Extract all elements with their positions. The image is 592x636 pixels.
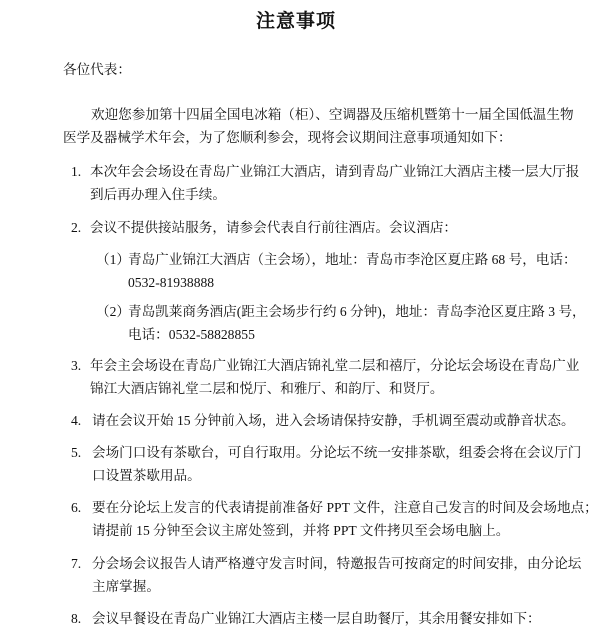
item-3-line-2: 锦江大酒店锦礼堂二层和悦厅、和雅厅、和韵厅、和贤厅。 (90, 380, 443, 398)
intro-line-2: 医学及器械学术年会，为了您顺利参会，现将会议期间注意事项通知如下： (63, 129, 512, 147)
item-number: 3. (71, 357, 81, 375)
item-number: 4. (71, 412, 81, 430)
hotel-2-line-1: 青岛凯莱商务酒店(距主会场步行约 6 分钟)，地址：青岛李沧区夏庄路 3 号， (128, 303, 586, 321)
item-number: 6. (71, 499, 81, 517)
intro-line-1: 欢迎您参加第十四届全国电冰箱（柜）、空调器及压缩机暨第十一届全国低温生物 (91, 106, 574, 124)
hotel-2-line-2: 电话：0532-58828855 (128, 326, 255, 344)
item-6-line-1: 要在分论坛上发言的代表请提前准备好 PPT 文件，注意自己发言的时间及会场地点； (92, 499, 592, 517)
item-1-line-1: 本次年会会场设在青岛广业锦江大酒店，请到青岛广业锦江大酒店主楼一层大厅报 (90, 163, 579, 181)
item-1-line-2: 到后再办理入住手续。 (90, 186, 226, 204)
page-title: 注意事项 (0, 6, 592, 33)
item-7-line-2: 主席掌握。 (92, 578, 160, 596)
item-5-line-1: 会场门口设有茶歇台，可自行取用。分论坛不统一安排茶歇，组委会将在会议厅门 (92, 444, 581, 462)
hotel-number: （2） (96, 303, 130, 321)
salutation: 各位代表： (63, 61, 131, 79)
item-6-line-2: 请提前 15 分钟至会议主席处签到，并将 PPT 文件拷贝至会场电脑上。 (92, 522, 509, 540)
item-3-line-1: 年会主会场设在青岛广业锦江大酒店锦礼堂二层和禧厅，分论坛会场设在青岛广业 (90, 357, 579, 375)
hotel-1-line-2: 0532-81938888 (128, 274, 214, 292)
item-4-line-1: 请在会议开始 15 分钟前入场，进入会场请保持安静，手机调至震动或静音状态。 (92, 412, 575, 430)
item-2-line-1: 会议不提供接站服务，请参会代表自行前往酒店。会议酒店： (90, 219, 457, 237)
item-number: 1. (71, 163, 81, 181)
hotel-1-line-1: 青岛广业锦江大酒店（主会场），地址：青岛市李沧区夏庄路 68 号，电话： (128, 251, 577, 269)
item-number: 7. (71, 555, 81, 573)
hotel-number: （1） (96, 251, 130, 269)
item-number: 8. (71, 610, 81, 628)
item-number: 5. (71, 444, 81, 462)
item-5-line-2: 口设置茶歇用品。 (92, 467, 201, 485)
item-7-line-1: 分会场会议报告人请严格遵守发言时间，特邀报告可按商定的时间安排，由分论坛 (92, 555, 581, 573)
item-8-line-1: 会议早餐设在青岛广业锦江大酒店主楼一层自助餐厅，其余用餐安排如下： (92, 610, 541, 628)
item-number: 2. (71, 219, 81, 237)
